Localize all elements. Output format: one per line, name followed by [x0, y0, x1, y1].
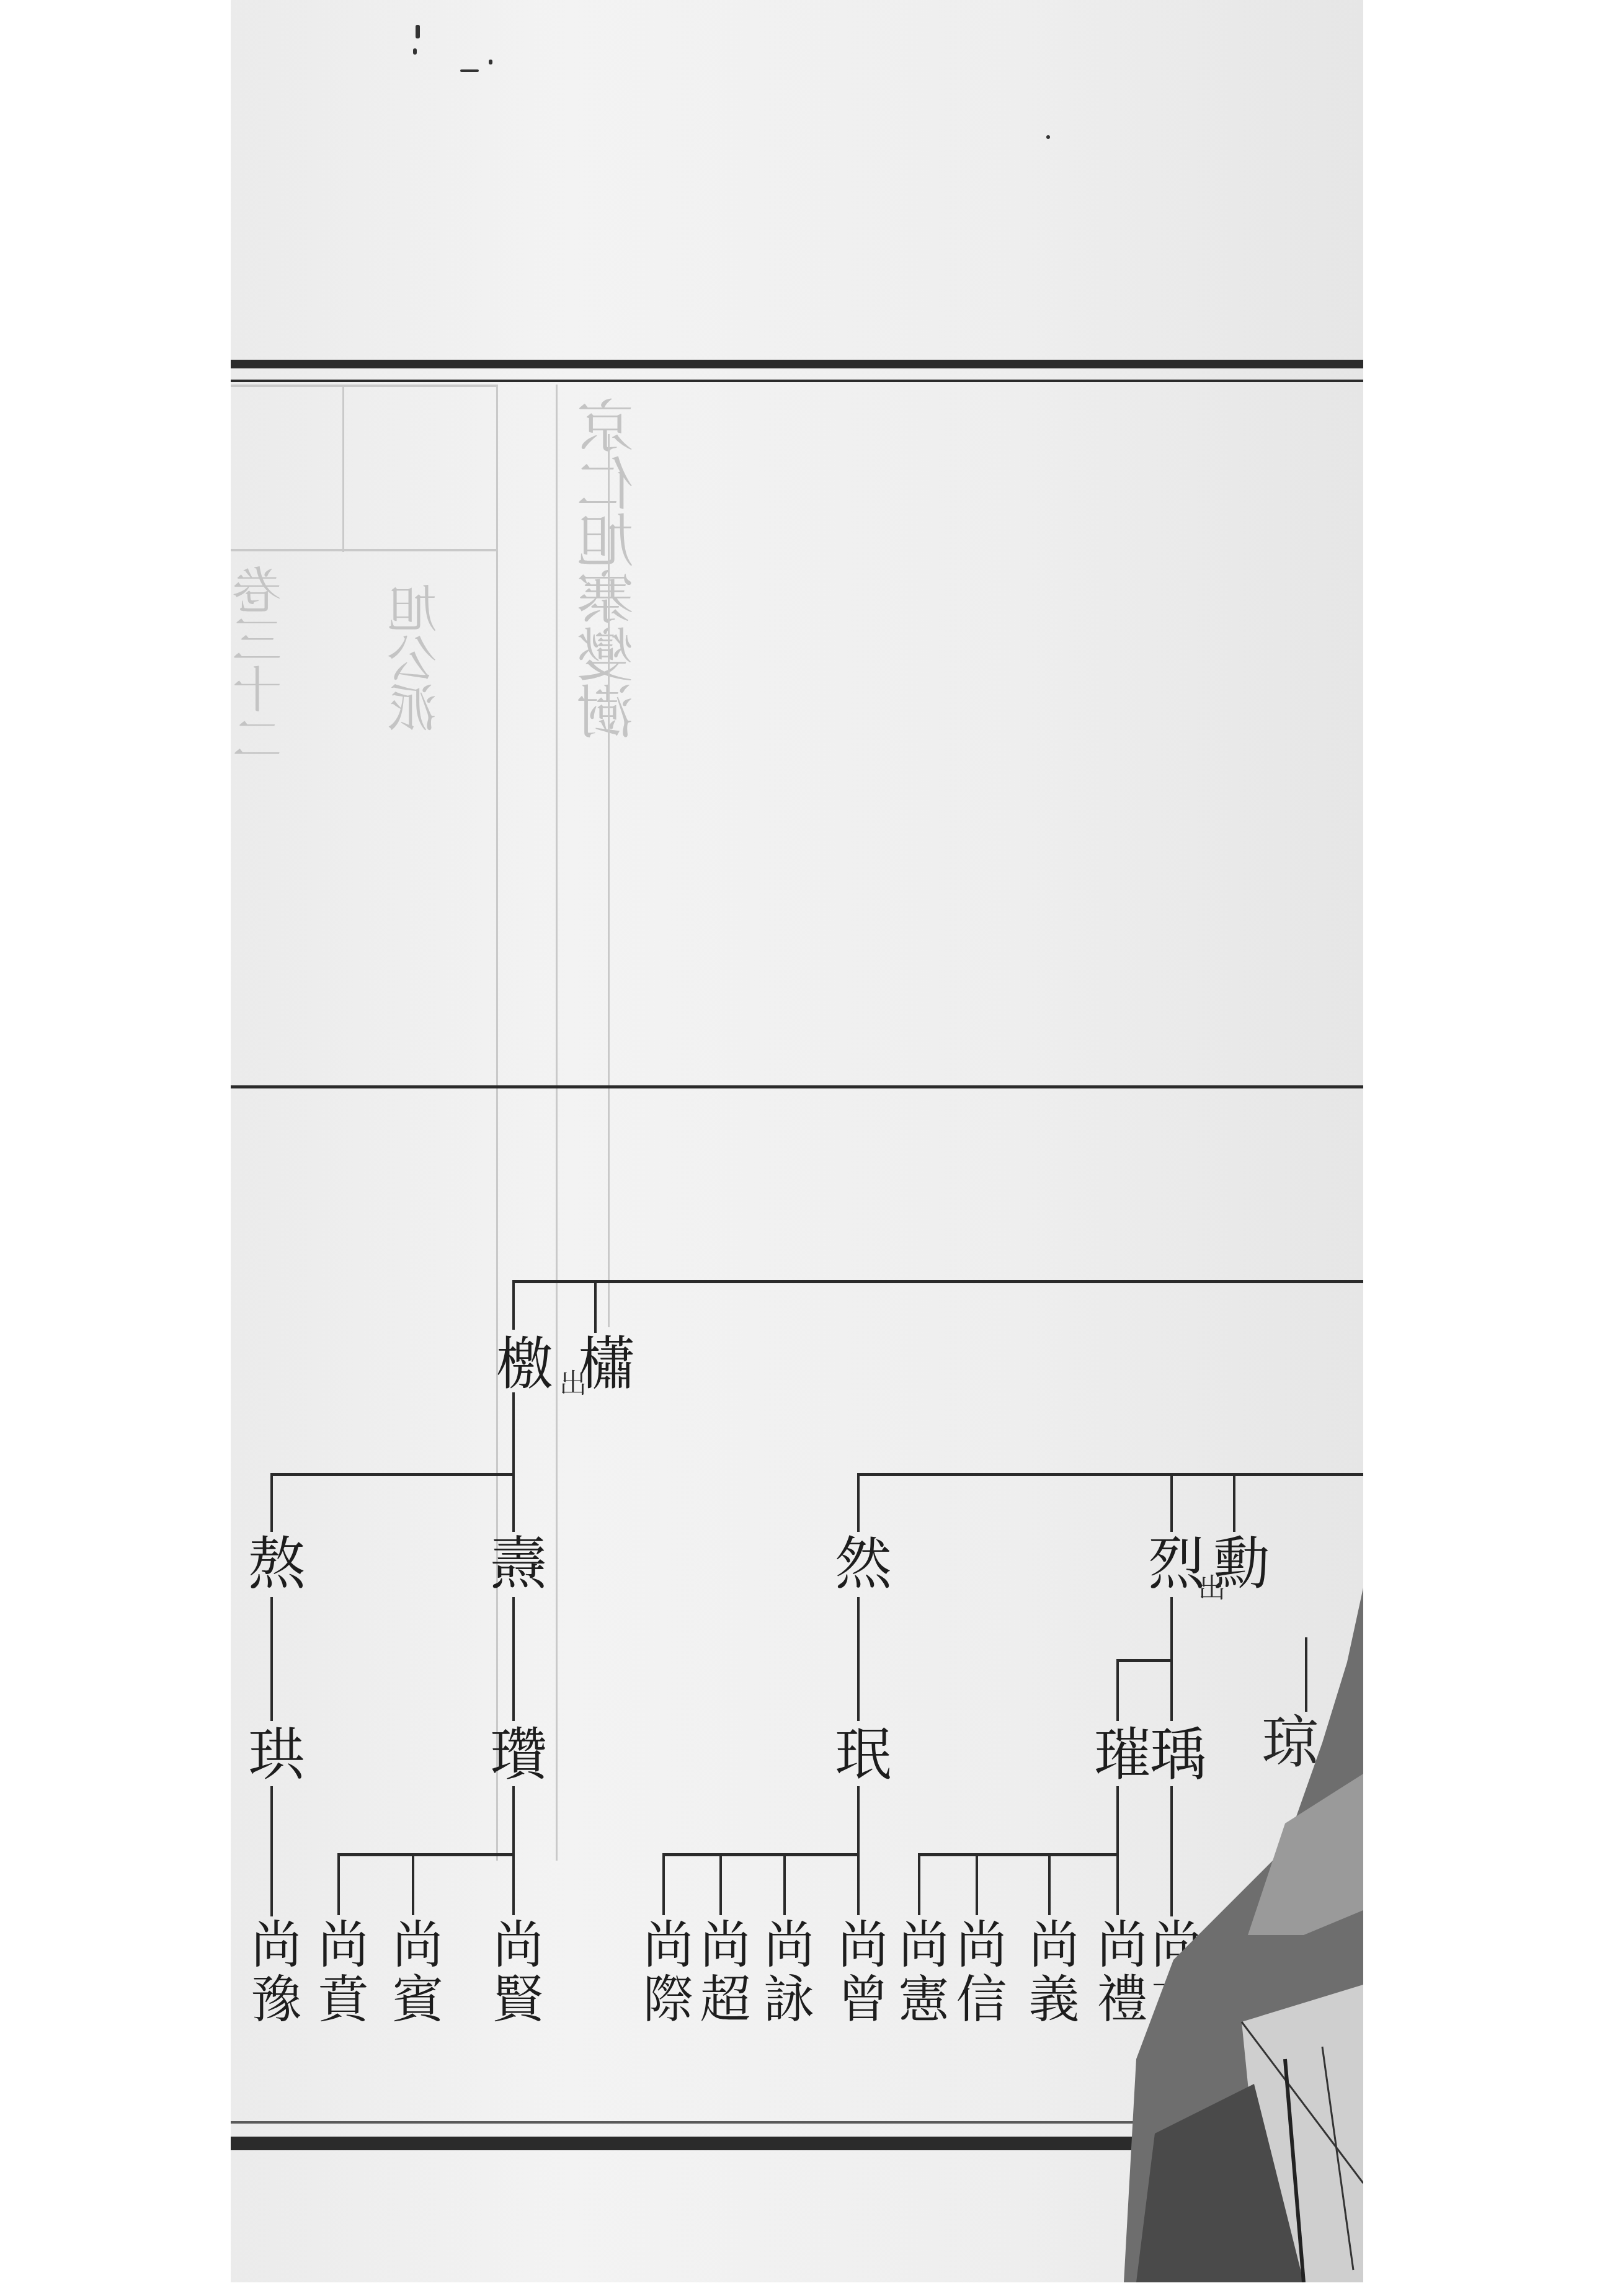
- person-gen4[interactable]: 尚豫: [246, 1918, 297, 2027]
- person-gen4[interactable]: 尚賁: [313, 1918, 364, 2027]
- person-gen3[interactable]: 瓚: [485, 1724, 542, 1785]
- top-border-thick: [231, 360, 1363, 368]
- branch-line-gen4-min: [662, 1853, 860, 1856]
- connector: [512, 1597, 515, 1721]
- ink-speck: [489, 60, 492, 65]
- person-gen3[interactable]: 珙: [243, 1724, 300, 1785]
- connector: [512, 1280, 515, 1330]
- connector: [857, 1597, 860, 1721]
- person-gen4[interactable]: 尚賓: [388, 1918, 438, 2027]
- person-gen3[interactable]: 珉: [830, 1724, 887, 1785]
- ghost-volume-label: 卷三十二: [231, 564, 300, 763]
- ghost-branch-label: 旭公派: [378, 583, 455, 732]
- person-gen4[interactable]: 尚義: [1024, 1918, 1075, 2027]
- torn-page-corner: [1099, 1588, 1363, 2282]
- ghost-frame: [342, 385, 344, 552]
- connector: [270, 1473, 273, 1532]
- person-gen1[interactable]: 檄: [491, 1333, 548, 1394]
- connector: [857, 1786, 860, 1854]
- branch-line-gen2-right: [857, 1473, 1363, 1476]
- ghost-frame: [231, 385, 497, 387]
- connector: [412, 1853, 414, 1915]
- person-gen4[interactable]: 尚信: [951, 1918, 1002, 2027]
- ink-speck: [460, 69, 479, 72]
- ghost-name-column: 京仁旭寨燮澍: [566, 397, 655, 739]
- adopted-out-mark: 出: [559, 1371, 587, 1398]
- connector: [512, 1473, 515, 1532]
- ghost-frame: [496, 385, 498, 1861]
- connector: [1233, 1473, 1235, 1532]
- connector: [512, 1786, 515, 1854]
- person-gen2[interactable]: 然: [830, 1533, 887, 1594]
- connector: [1048, 1853, 1051, 1915]
- connector: [857, 1853, 860, 1915]
- branch-line-gen4-zan: [337, 1853, 515, 1856]
- ink-speck: [1046, 135, 1050, 139]
- person-gen3[interactable]: 琼: [1257, 1712, 1314, 1773]
- connector: [512, 1853, 515, 1915]
- branch-line-gen2-left: [270, 1473, 515, 1476]
- generation-divider: [231, 1085, 1363, 1088]
- ghost-frame: [556, 385, 558, 1861]
- person-gen4[interactable]: 尚超: [695, 1918, 746, 2027]
- connector: [270, 1597, 273, 1721]
- connector: [857, 1473, 860, 1532]
- connector: [1170, 1473, 1173, 1532]
- connector: [976, 1853, 978, 1915]
- connector: [719, 1853, 722, 1915]
- branch-line-gen4-cui: [918, 1853, 1119, 1856]
- top-border-thin: [231, 380, 1363, 382]
- connector: [918, 1853, 920, 1915]
- connector: [512, 1392, 515, 1473]
- person-gen4[interactable]: 尚賢: [488, 1918, 539, 2027]
- person-gen4[interactable]: 尚際: [638, 1918, 689, 2027]
- person-gen4[interactable]: 尚憲: [894, 1918, 945, 2027]
- branch-line-gen1: [512, 1280, 1363, 1283]
- connector: [1305, 1637, 1307, 1712]
- person-gen2[interactable]: 燾: [485, 1533, 542, 1594]
- person-gen4[interactable]: 尚曾: [833, 1918, 884, 2027]
- ghost-frame: [231, 549, 497, 551]
- connector: [662, 1853, 665, 1915]
- ink-speck: [416, 25, 420, 38]
- person-gen2[interactable]: 烈: [1143, 1533, 1200, 1594]
- person-gen2[interactable]: 熬: [243, 1533, 300, 1594]
- connector: [337, 1853, 340, 1915]
- connector: [594, 1280, 597, 1333]
- connector: [783, 1853, 786, 1915]
- ghost-connector: [608, 434, 610, 1327]
- ink-speck: [413, 48, 417, 55]
- person-gen4[interactable]: 尚詠: [759, 1918, 810, 2027]
- connector: [270, 1786, 273, 1916]
- scanned-genealogy-page: 卷三十二 旭公派 京仁旭寨燮澍 檄 櫹 出 熬 燾 然 烈 勳 出 珙 瓚 珉 …: [231, 0, 1363, 2282]
